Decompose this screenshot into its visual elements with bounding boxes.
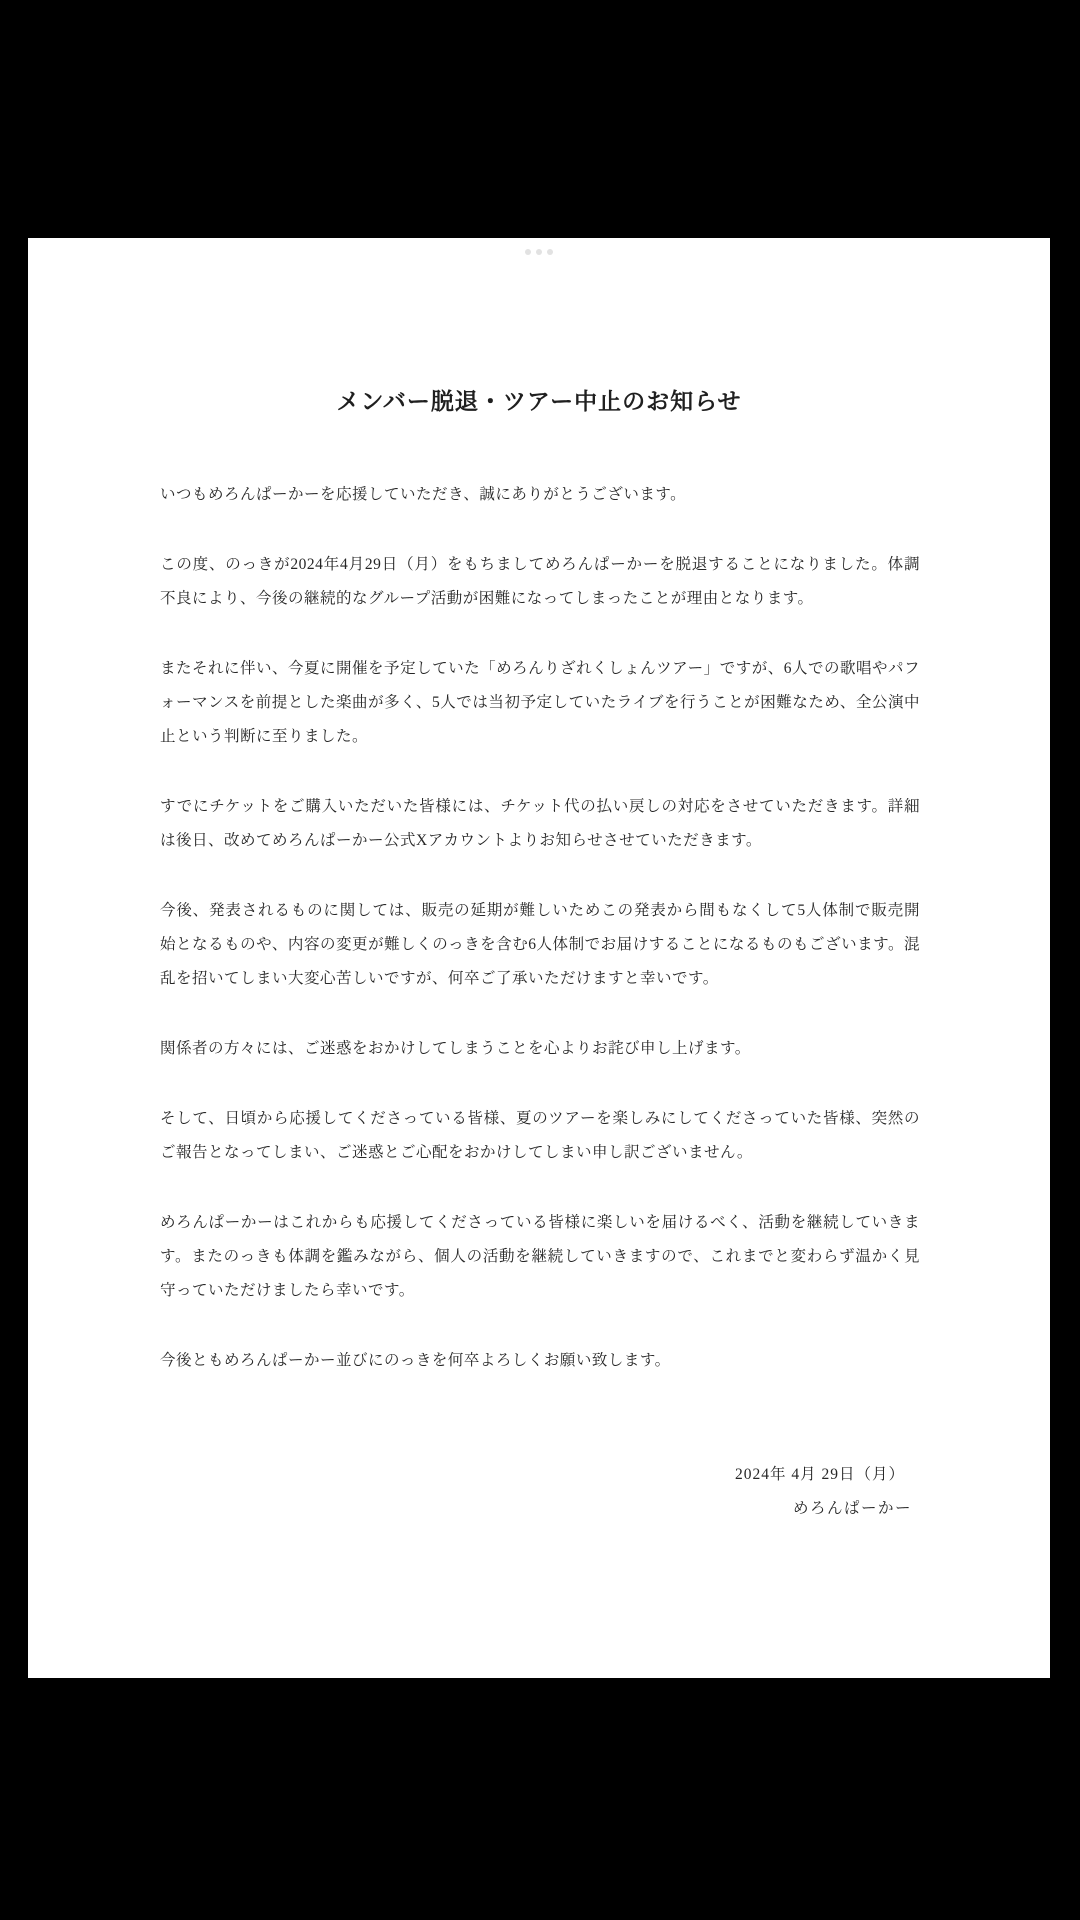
dot-icon	[547, 249, 553, 255]
document-title: メンバー脱退・ツアー中止のお知らせ	[28, 385, 1050, 419]
paragraph-apology-fans: そして、日頃から応援してくださっている皆様、夏のツアーを楽しみにしてくださってい…	[160, 1102, 920, 1170]
paragraph-tour-cancel: またそれに伴い、今夏に開催を予定していた「めろんりざれくしょんツアー」ですが、6…	[160, 652, 920, 754]
paragraph-greeting: いつもめろんぱーかーを応援していただき、誠にありがとうございます。	[160, 478, 920, 512]
signature: めろんぱーかー	[28, 1492, 1050, 1526]
paragraph-withdrawal: この度、のっきが2024年4月29日（月）をもちましてめろんぱーかーを脱退するこ…	[160, 548, 920, 616]
paragraph-future-releases: 今後、発表されるものに関しては、販売の延期が難しいためこの発表から間もなくして5…	[160, 894, 920, 996]
announcement-document: メンバー脱退・ツアー中止のお知らせ いつもめろんぱーかーを応援していただき、誠に…	[28, 238, 1050, 1678]
dot-icon	[525, 249, 531, 255]
paragraph-ticket-refund: すでにチケットをご購入いただいた皆様には、チケット代の払い戻しの対応をさせていた…	[160, 790, 920, 858]
paragraph-closing: 今後ともめろんぱーかー並びにのっきを何卒よろしくお願い致します。	[160, 1344, 920, 1378]
document-body: いつもめろんぱーかーを応援していただき、誠にありがとうございます。 この度、のっ…	[28, 478, 1050, 1378]
dot-icon	[536, 249, 542, 255]
paragraph-apology-related: 関係者の方々には、ご迷惑をおかけしてしまうことを心よりお詫び申し上げます。	[160, 1032, 920, 1066]
ellipsis-dots-icon	[28, 248, 1050, 256]
viewer-background: メンバー脱退・ツアー中止のお知らせ いつもめろんぱーかーを応援していただき、誠に…	[0, 0, 1080, 1920]
date-line: 2024年 4月 29日（月）	[28, 1458, 1050, 1492]
paragraph-continuation: めろんぱーかーはこれからも応援してくださっている皆様に楽しいを届けるべく、活動を…	[160, 1206, 920, 1308]
